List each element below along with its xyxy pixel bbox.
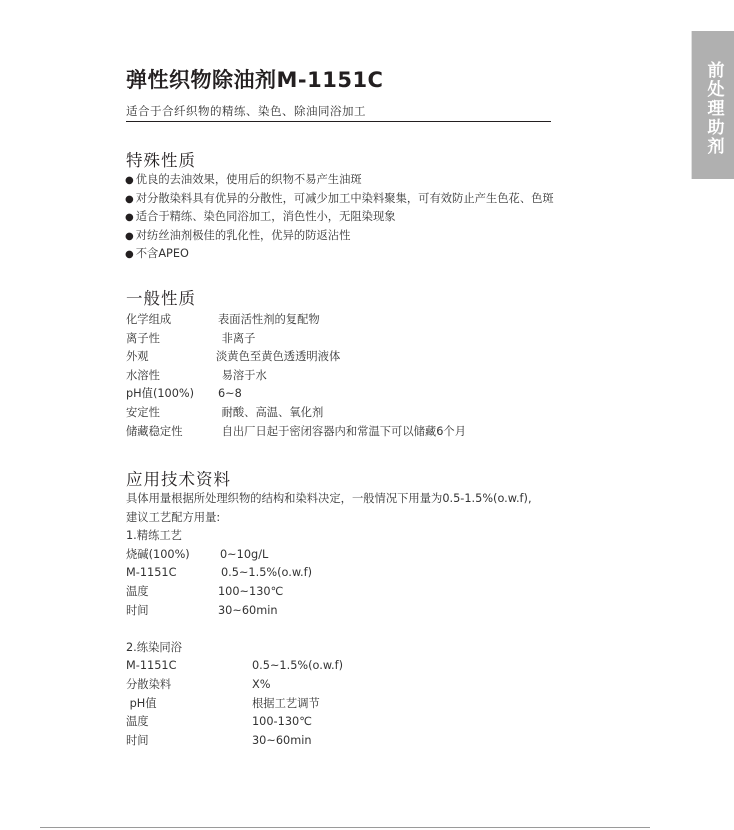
special-properties-heading: 特殊性质 — [126, 147, 196, 171]
list-item-text: 适合于精练、染色同浴加工，消色性小，无阻染现象 — [136, 210, 396, 223]
list-item: ●对纺丝油剂极佳的乳化性，优异的防返沾性 — [125, 227, 554, 246]
property-key: 化学组成 — [126, 311, 218, 330]
bullet-icon: ● — [125, 231, 134, 242]
process-key: 分散染料 — [126, 676, 252, 695]
process-value: 100~130℃ — [218, 585, 283, 598]
product-title: 弹性织物除油剂M-1151C — [126, 64, 383, 94]
process-key: 烧碱(100%) — [126, 546, 220, 565]
process-value: X% — [252, 678, 270, 691]
list-item: ●适合于精练、染色同浴加工，消色性小，无阻染现象 — [125, 208, 554, 227]
process-row: 温度100~130℃ — [126, 583, 532, 602]
process-key: 时间 — [126, 732, 252, 751]
general-properties-table: 化学组成表面活性剂的复配物 离子性 非离子 外观淡黄色至黄色透透明液体 水溶性 … — [126, 311, 466, 441]
property-key: pH值(100%) — [126, 385, 218, 404]
process-value: 根据工艺调节 — [252, 697, 320, 710]
application-section: 具体用量根据所处理织物的结构和染料决定，一般情况下用量为0.5-1.5%(o.w… — [126, 490, 532, 750]
list-item: ●优良的去油效果，使用后的织物不易产生油斑 — [125, 171, 554, 190]
process-value: 0.5~1.5%(o.w.f) — [221, 566, 312, 579]
process-1-title: 1.精练工艺 — [126, 527, 532, 546]
property-value: 淡黄色至黄色透透明液体 — [216, 350, 340, 363]
property-row: 安定性 耐酸、高温、氧化剂 — [126, 404, 466, 423]
spacer — [126, 620, 532, 639]
process-row: 烧碱(100%)0~10g/L — [126, 546, 532, 565]
process-value: 30~60min — [252, 734, 312, 747]
list-item-text: 不含APEO — [136, 247, 189, 260]
property-row: pH值(100%)6~8 — [126, 385, 466, 404]
property-row: 外观淡黄色至黄色透透明液体 — [126, 348, 466, 367]
process-key: 温度 — [126, 713, 252, 732]
general-properties-heading: 一般性质 — [126, 285, 196, 309]
process-1-table: 烧碱(100%)0~10g/L M-1151C0.5~1.5%(o.w.f) 温… — [126, 546, 532, 620]
property-value: 表面活性剂的复配物 — [218, 313, 320, 326]
process-value: 0~10g/L — [220, 548, 268, 561]
process-row: M-1151C0.5~1.5%(o.w.f) — [126, 657, 532, 676]
list-item: ●不含APEO — [125, 245, 554, 264]
process-row: 时间30~60min — [126, 602, 532, 621]
bullet-icon: ● — [125, 212, 134, 223]
property-value: 自出厂日起于密闭容器内和常温下可以储藏6个月 — [218, 425, 466, 438]
process-row: 时间30~60min — [126, 732, 532, 751]
property-key: 水溶性 — [126, 367, 218, 386]
category-tab-label: 前处理助剂 — [705, 61, 722, 156]
property-value: 非离子 — [218, 332, 255, 345]
list-item: ●对分散染料具有优异的分散性，可减少加工中染料聚集，可有效防止产生色花、色斑 — [125, 190, 554, 209]
property-row: 水溶性 易溶于水 — [126, 367, 466, 386]
property-row: 离子性 非离子 — [126, 330, 466, 349]
property-value: 6~8 — [218, 387, 242, 400]
product-subtitle: 适合于合纤织物的精练、染色、除油同浴加工 — [126, 103, 551, 122]
property-value: 耐酸、高温、氧化剂 — [218, 406, 323, 419]
application-intro-2: 建议工艺配方用量: — [126, 509, 532, 528]
property-key: 储藏稳定性 — [126, 423, 218, 442]
process-key: M-1151C — [126, 657, 252, 676]
process-value: 100-130℃ — [252, 715, 312, 728]
process-row: 温度100-130℃ — [126, 713, 532, 732]
process-row: 分散染料X% — [126, 676, 532, 695]
process-value: 30~60min — [218, 604, 278, 617]
property-row: 化学组成表面活性剂的复配物 — [126, 311, 466, 330]
property-row: 储藏稳定性 自出厂日起于密闭容器内和常温下可以储藏6个月 — [126, 423, 466, 442]
property-key: 安定性 — [126, 404, 218, 423]
property-value: 易溶于水 — [218, 369, 267, 382]
process-value: 0.5~1.5%(o.w.f) — [252, 659, 343, 672]
special-properties-list: ●优良的去油效果，使用后的织物不易产生油斑 ●对分散染料具有优异的分散性，可减少… — [125, 171, 554, 264]
list-item-text: 优良的去油效果，使用后的织物不易产生油斑 — [136, 173, 362, 186]
bullet-icon: ● — [125, 175, 134, 186]
process-row: M-1151C0.5~1.5%(o.w.f) — [126, 564, 532, 583]
application-heading: 应用技术资料 — [126, 466, 231, 490]
process-key: 时间 — [126, 602, 218, 621]
process-key: M-1151C — [126, 564, 221, 583]
process-row: pH值根据工艺调节 — [126, 695, 532, 714]
process-key: 温度 — [126, 583, 218, 602]
property-key: 外观 — [126, 348, 216, 367]
property-key: 离子性 — [126, 330, 218, 349]
process-2-title: 2.练染同浴 — [126, 639, 532, 658]
footer-divider — [40, 827, 650, 828]
application-intro: 具体用量根据所处理织物的结构和染料决定，一般情况下用量为0.5-1.5%(o.w… — [126, 490, 532, 509]
bullet-icon: ● — [125, 249, 134, 260]
process-key: pH值 — [126, 695, 252, 714]
list-item-text: 对纺丝油剂极佳的乳化性，优异的防返沾性 — [136, 229, 351, 242]
process-2-table: M-1151C0.5~1.5%(o.w.f) 分散染料X% pH值根据工艺调节 … — [126, 657, 532, 750]
bullet-icon: ● — [125, 194, 134, 205]
list-item-text: 对分散染料具有优异的分散性，可减少加工中染料聚集，可有效防止产生色花、色斑 — [136, 192, 554, 205]
category-tab: 前处理助剂 — [691, 31, 734, 179]
